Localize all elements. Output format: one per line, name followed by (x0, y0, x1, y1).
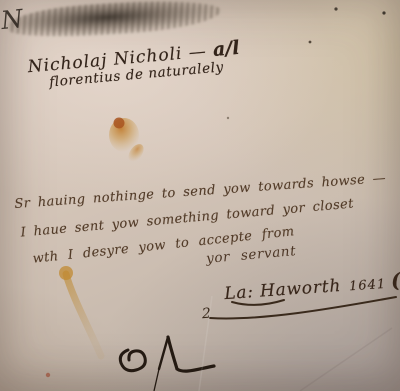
signature-numeral: 2 (201, 306, 211, 323)
shelfmark-b-stroke (120, 350, 145, 371)
paper-speck (334, 7, 337, 10)
shelfmark-lambda-left-stroke (159, 337, 168, 369)
crossed-out-inscription-smudge (6, 0, 221, 41)
shelfmark-descender-stroke (154, 369, 159, 391)
red-speck (46, 373, 50, 377)
streak-stain (66, 274, 101, 356)
rust-stain-center (114, 118, 125, 129)
signature-block: La: Haworth1641 ( (223, 268, 400, 304)
rust-stain-tail (125, 141, 146, 164)
paper-speck (309, 41, 312, 44)
crossed-out-letter: N (0, 4, 24, 35)
title-flourish: a/l (212, 37, 240, 61)
paper-speck (227, 117, 229, 119)
manuscript-photo: N Nicholaj Nicholi — a/l florentius de n… (0, 0, 400, 391)
paper-crease-diagonal (300, 328, 392, 391)
signature-year: 1641 (349, 277, 387, 295)
title-inscription: Nicholaj Nicholi — a/l florentius de nat… (27, 37, 242, 92)
signature-name: La: Haworth (224, 276, 342, 304)
signature-flourish: ( (390, 268, 400, 293)
paper-speck (382, 11, 385, 14)
rust-stain-blob (109, 118, 139, 152)
streak-stain-head (59, 266, 73, 280)
shelfmark-lambda-right-stroke (168, 337, 214, 371)
